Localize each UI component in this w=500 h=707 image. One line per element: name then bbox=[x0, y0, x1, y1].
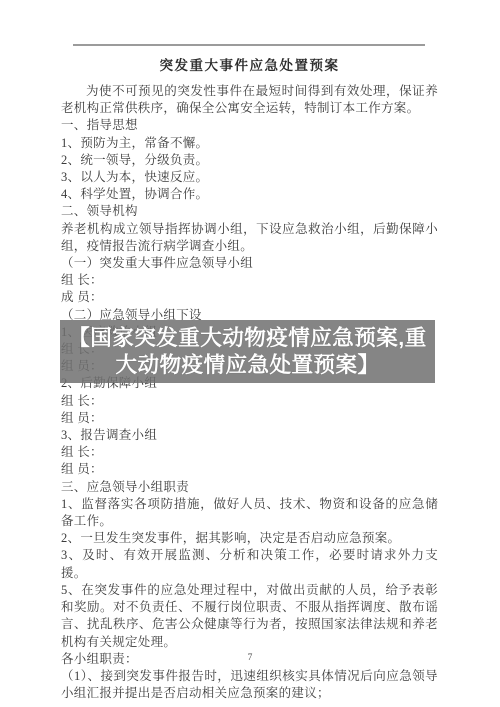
doc-line: 3、以人为本，快速反应。 bbox=[61, 169, 438, 186]
doc-line: 二、领导机构 bbox=[61, 203, 438, 220]
doc-line: 三、应急领导小组职责 bbox=[61, 479, 438, 496]
doc-line: 一、指导思想 bbox=[61, 117, 438, 134]
doc-line: 2、一旦发生突发事件，据其影响，决定是否启动应急预案。 bbox=[61, 530, 438, 547]
doc-line: （1）、接到突发事件报告时，迅速组织核实具体情况后向应急领导小组汇报并提出是否启… bbox=[61, 668, 438, 702]
doc-line: 组 长： bbox=[61, 393, 438, 410]
doc-line: 4、科学处置，协调合作。 bbox=[61, 186, 438, 203]
watermark-text-line2: 大动物疫情应急处置预案】 bbox=[115, 352, 379, 379]
paragraph-list: 为使不可预见的突发性事件在最短时间得到有效处理，保证养老机构正常供秩序，确保全公… bbox=[61, 83, 438, 702]
document-title: 突发重大事件应急处置预案 bbox=[61, 56, 438, 76]
doc-line: 5、在突发事件的应急处理过程中，对做出贡献的人员，给予表彰和奖励。对不负责任、不… bbox=[61, 582, 438, 651]
page-number: 7 bbox=[0, 653, 500, 663]
doc-line: 组 长： bbox=[61, 444, 438, 461]
doc-line: 3、及时、有效开展监测、分析和决策工作，必要时请求外力支援。 bbox=[61, 547, 438, 581]
doc-line: 组 员： bbox=[61, 461, 438, 478]
watermark-text-line1: 【国家突发重大动物疫情应急预案,重 bbox=[68, 325, 426, 352]
doc-line: 养老机构成立领导指挥协调小组，下设应急救治小组，后勤保障小组，疫情报告流行病学调… bbox=[61, 221, 438, 255]
doc-line: 2、统一领导，分级负责。 bbox=[61, 152, 438, 169]
doc-line: （一）突发重大事件应急领导小组 bbox=[61, 255, 438, 272]
doc-line: 3、报告调查小组 bbox=[61, 427, 438, 444]
header-rule-line bbox=[73, 44, 425, 46]
doc-line: 为使不可预见的突发性事件在最短时间得到有效处理，保证养老机构正常供秩序，确保全公… bbox=[61, 83, 438, 117]
doc-line: 1、预防为主，常备不懈。 bbox=[61, 135, 438, 152]
doc-line: 组 长： bbox=[61, 272, 438, 289]
doc-line: 1、监督落实各项防措施，做好人员、技术、物资和设备的应急储备工作。 bbox=[61, 496, 438, 530]
document-page: 突发重大事件应急处置预案 为使不可预见的突发性事件在最短时间得到有效处理，保证养… bbox=[0, 0, 500, 707]
doc-line: 组 员： bbox=[61, 410, 438, 427]
doc-line: 成 员： bbox=[61, 289, 438, 306]
watermark-overlay: 【国家突发重大动物疫情应急预案,重 大动物疫情应急处置预案】 bbox=[60, 320, 435, 383]
